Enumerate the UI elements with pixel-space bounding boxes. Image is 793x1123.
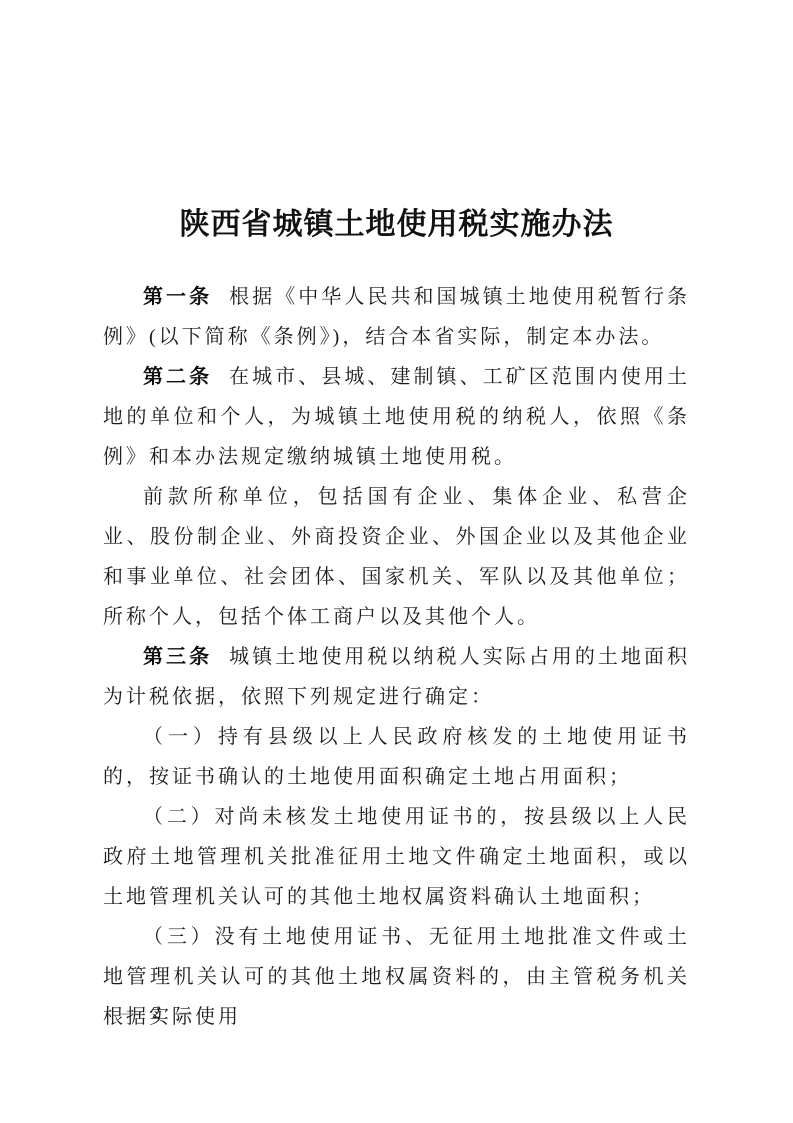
page-footer: — 2 —: [121, 1001, 192, 1025]
page-number: 2: [152, 1001, 161, 1025]
paragraph: 第二条在城市、县城、建制镇、工矿区范围内使用土地的单位和个人，为城镇土地使用税的…: [103, 357, 690, 477]
article-lead: 第二条: [143, 366, 212, 388]
paragraph: 第一条根据《中华人民共和国城镇土地使用税暂行条例》(以下简称《条例》)，结合本省…: [103, 277, 690, 357]
paragraph: 第三条城镇土地使用税以纳税人实际占用的土地面积为计税依据，依照下列规定进行确定：: [103, 637, 690, 717]
paragraph: 前款所称单位，包括国有企业、集体企业、私营企业、股份制企业、外商投资企业、外国企…: [103, 477, 690, 637]
paragraph: （二）对尚未核发土地使用证书的，按县级以上人民政府土地管理机关批准征用土地文件确…: [103, 797, 690, 917]
document-page: 陕西省城镇土地使用税实施办法 第一条根据《中华人民共和国城镇土地使用税暂行条例》…: [0, 0, 793, 1123]
footer-dash-right: —: [175, 1001, 192, 1025]
article-lead: 第三条: [143, 646, 212, 668]
document-body: 第一条根据《中华人民共和国城镇土地使用税暂行条例》(以下简称《条例》)，结合本省…: [103, 277, 690, 1037]
paragraph: （一）持有县级以上人民政府核发的土地使用证书的，按证书确认的土地使用面积确定土地…: [103, 717, 690, 797]
paragraph-text: （一）持有县级以上人民政府核发的土地使用证书的，按证书确认的土地使用面积确定土地…: [103, 726, 690, 788]
paragraph-text: 前款所称单位，包括国有企业、集体企业、私营企业、股份制企业、外商投资企业、外国企…: [103, 486, 690, 628]
footer-dash-left: —: [121, 1001, 138, 1025]
article-lead: 第一条: [143, 286, 212, 308]
document-title: 陕西省城镇土地使用税实施办法: [103, 206, 690, 244]
paragraph-text: （二）对尚未核发土地使用证书的，按县级以上人民政府土地管理机关批准征用土地文件确…: [103, 806, 690, 908]
